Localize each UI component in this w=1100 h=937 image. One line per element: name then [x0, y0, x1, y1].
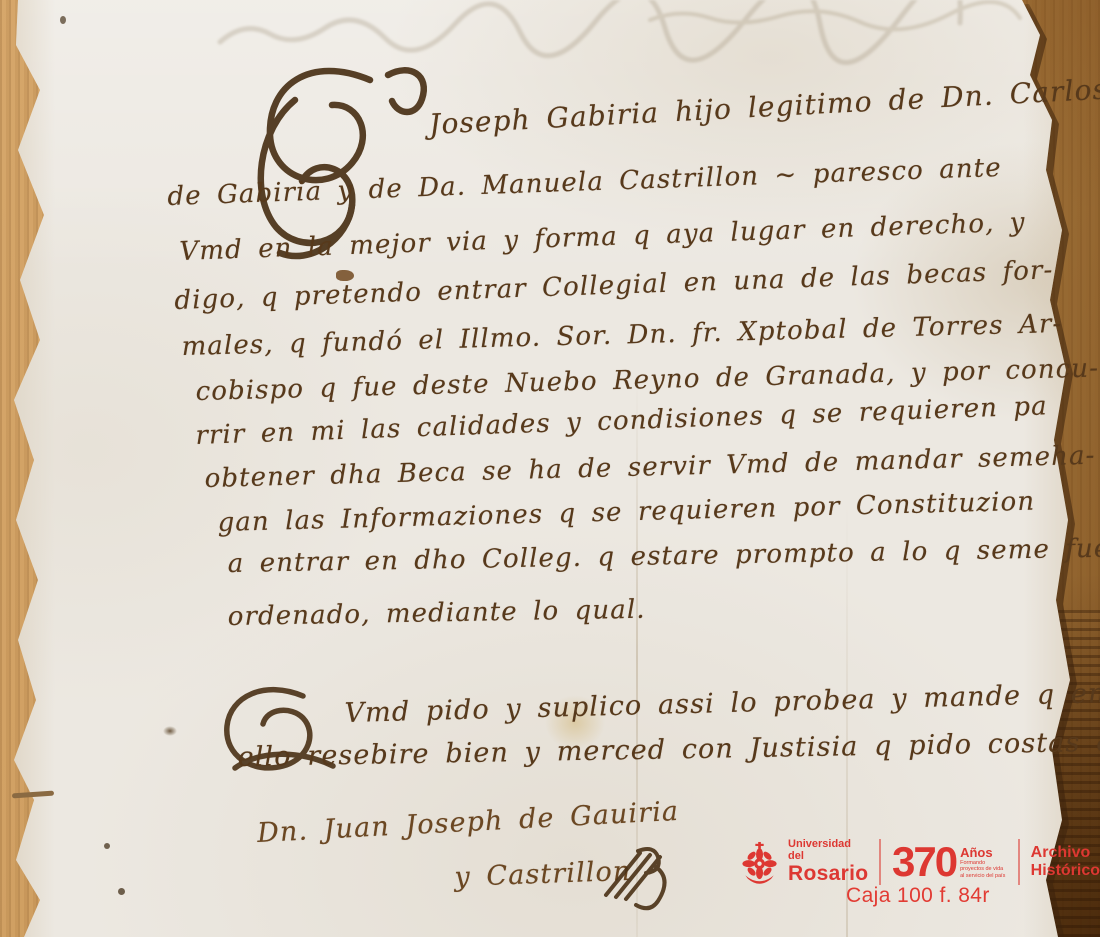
anniversary-unit: Años — [960, 846, 1007, 860]
archive-label: Archivo — [1031, 844, 1100, 862]
anniversary-tagline: al servicio del país — [960, 873, 1007, 880]
manuscript-scan-page: Joseph Gabiria hijo legitimo de Dn. Carl… — [0, 0, 1100, 937]
anniversary-tagline: Formando proyectos de vida — [960, 860, 1007, 873]
watermark-divider — [879, 839, 881, 885]
archive-label: Histórico — [1031, 862, 1100, 880]
anniversary-number: 370 — [892, 843, 956, 881]
university-small-label: Universidad del — [788, 839, 868, 862]
signature-rubric — [598, 843, 683, 915]
watermark-divider — [1018, 839, 1020, 885]
archive-box-folio-caption: Caja 100 f. 84r — [846, 884, 990, 908]
rosario-crest-icon — [742, 838, 777, 886]
university-name-label: Rosario — [788, 863, 868, 885]
archive-watermark: Universidad del Rosario 370 Años Formand… — [742, 838, 1100, 886]
